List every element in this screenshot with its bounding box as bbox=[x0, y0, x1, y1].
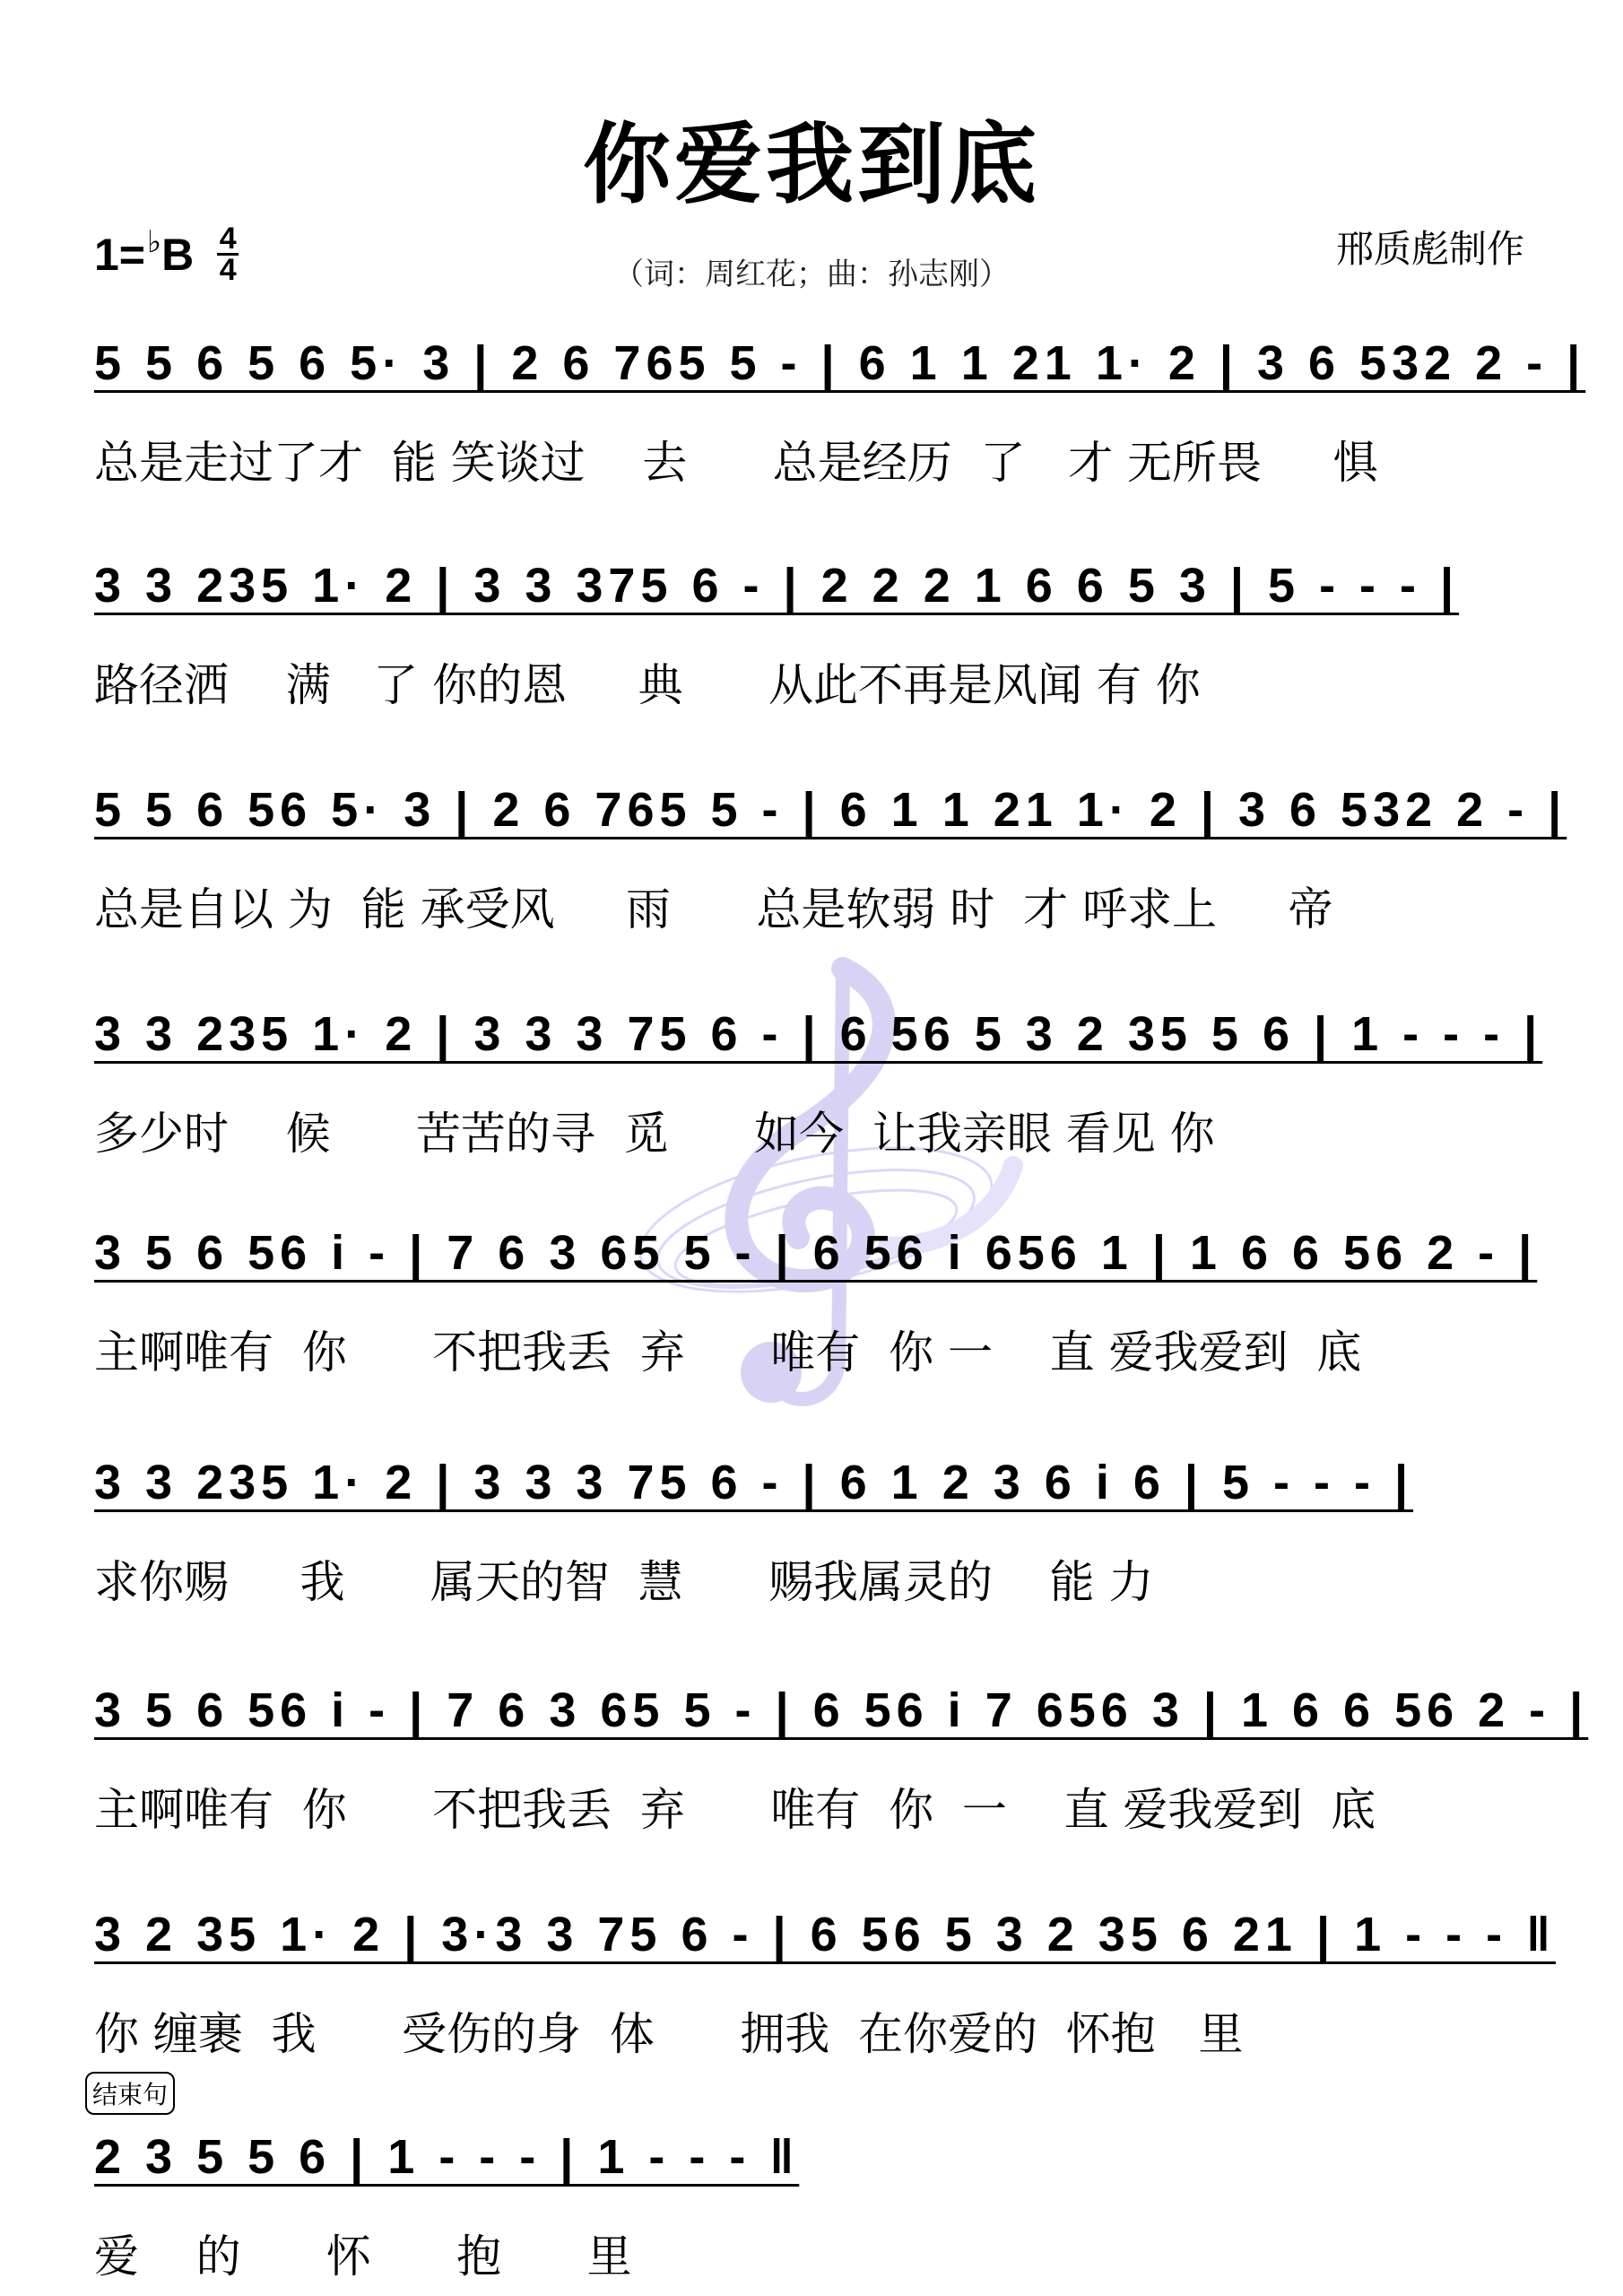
notation-row: 3 3 235 1· 2 | 3 3 375 6 - | 2 2 2 1 6 6… bbox=[94, 518, 1542, 653]
score-line: 2 3 5 5 6 | 1 - - - | 1 - - - ‖爱 的 怀 抱 里 bbox=[94, 2090, 1542, 2283]
lyrics-row: 多少时 候 苦苦的寻 觅 如今 让我亲眼 看见 你 bbox=[94, 1098, 1542, 1161]
ending-phrase-tag: 结束句 bbox=[85, 2072, 175, 2115]
score-line: 5 5 6 56 5· 3 | 2 6 765 5 - | 6 1 1 21 1… bbox=[94, 743, 1542, 936]
lyrics-row: 总是自以 为 能 承受风 雨 总是软弱 时 才 呼求上 帝 bbox=[94, 874, 1542, 936]
notation-row: 2 3 5 5 6 | 1 - - - | 1 - - - ‖ bbox=[94, 2090, 1542, 2224]
notation-row: 3 5 6 56 i - | 7 6 3 65 5 - | 6 56 i 7 6… bbox=[94, 1643, 1542, 1778]
score-line: 3 5 6 56 i - | 7 6 3 65 5 - | 6 56 i 656… bbox=[94, 1186, 1542, 1379]
lyrics-row: 求你赐 我 属天的智 慧 赐我属灵的 能 力 bbox=[94, 1546, 1542, 1609]
score-line: 5 5 6 5 6 5· 3 | 2 6 765 5 - | 6 1 1 21 … bbox=[94, 296, 1542, 490]
notation-row: 3 3 235 1· 2 | 3 3 3 75 6 - | 6 1 2 3 6 … bbox=[94, 1415, 1542, 1550]
notation-row: 3 2 35 1· 2 | 3·3 3 75 6 - | 6 56 5 3 2 … bbox=[94, 1867, 1542, 2002]
lyrics-row: 你 缠裹 我 受伤的身 体 拥我 在你爱的 怀抱 里 bbox=[94, 1998, 1542, 2061]
maker-credit: 邢质彪制作 bbox=[1336, 220, 1524, 274]
score-line: 3 5 6 56 i - | 7 6 3 65 5 - | 6 56 i 7 6… bbox=[94, 1643, 1542, 1837]
lyrics-row: 总是走过了才 能 笑谈过 去 总是经历 了 才 无所畏 惧 bbox=[94, 427, 1542, 490]
notation-row: 5 5 6 5 6 5· 3 | 2 6 765 5 - | 6 1 1 21 … bbox=[94, 296, 1542, 430]
lyrics-row: 爱 的 怀 抱 里 bbox=[94, 2221, 1542, 2283]
notation-row: 5 5 6 56 5· 3 | 2 6 765 5 - | 6 1 1 21 1… bbox=[94, 743, 1542, 877]
score-line: 3 3 235 1· 2 | 3 3 375 6 - | 2 2 2 1 6 6… bbox=[94, 518, 1542, 712]
score-line: 3 3 235 1· 2 | 3 3 3 75 6 - | 6 56 5 3 2… bbox=[94, 967, 1542, 1161]
notation-row: 3 5 6 56 i - | 7 6 3 65 5 - | 6 56 i 656… bbox=[94, 1186, 1542, 1320]
score-line: 3 2 35 1· 2 | 3·3 3 75 6 - | 6 56 5 3 2 … bbox=[94, 1867, 1542, 2061]
score-line: 3 3 235 1· 2 | 3 3 3 75 6 - | 6 1 2 3 6 … bbox=[94, 1415, 1542, 1609]
lyrics-row: 路径洒 满 了 你的恩 典 从此不再是风闻 有 你 bbox=[94, 649, 1542, 712]
notation-row: 3 3 235 1· 2 | 3 3 3 75 6 - | 6 56 5 3 2… bbox=[94, 967, 1542, 1101]
lyrics-row: 主啊唯有 你 不把我丢 弃 唯有 你 一 直 爱我爱到 底 bbox=[94, 1317, 1542, 1379]
song-title: 你爱我到底 bbox=[0, 94, 1623, 221]
lyrics-row: 主啊唯有 你 不把我丢 弃 唯有 你 一 直 爱我爱到 底 bbox=[94, 1774, 1542, 1837]
